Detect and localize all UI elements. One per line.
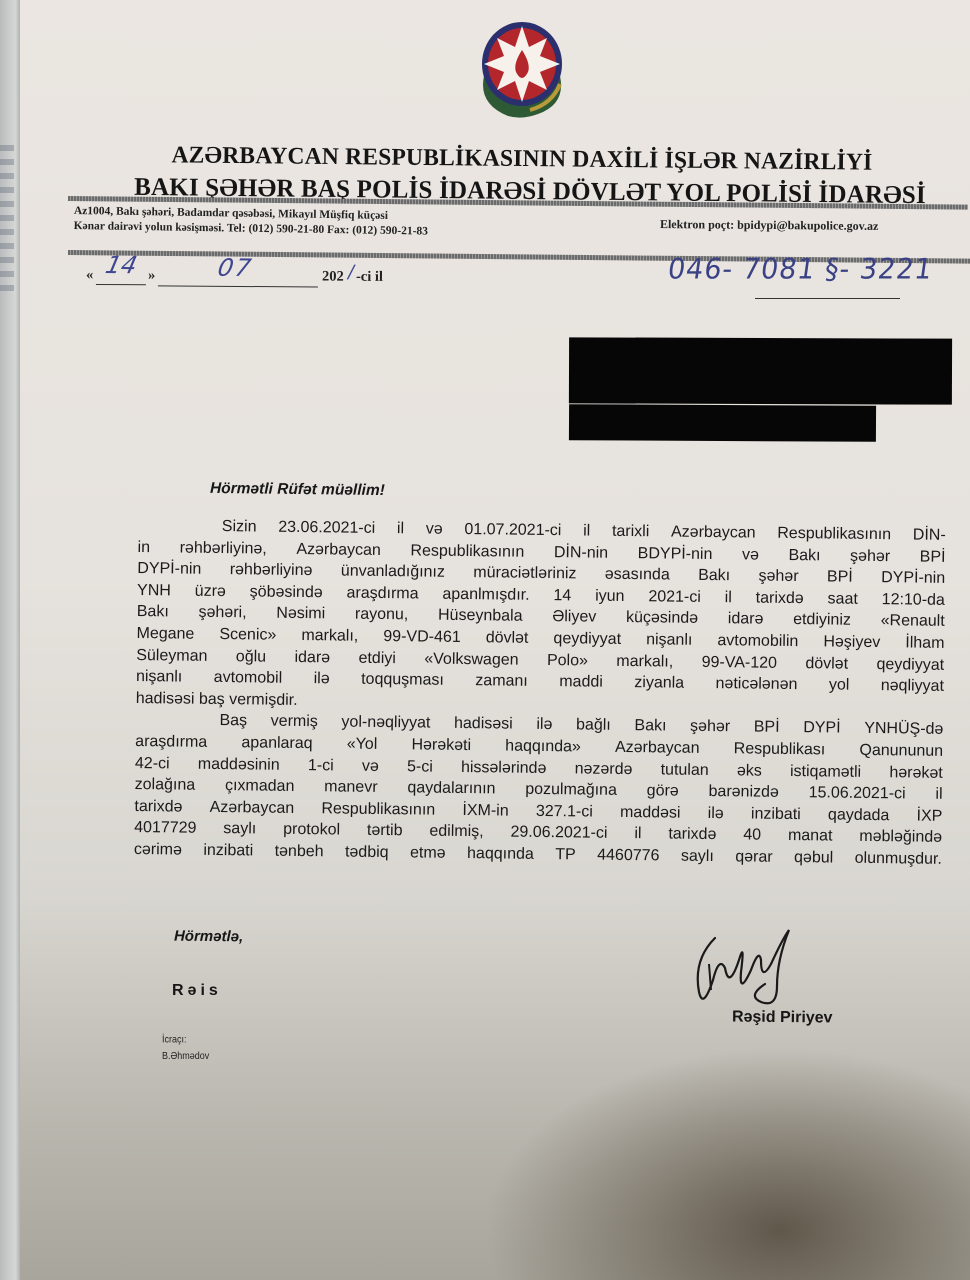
body-word: il <box>583 520 590 542</box>
body-word: BDYPİ-nin <box>638 543 713 566</box>
body-word: İXM-in <box>462 800 508 822</box>
body-word: 5-ci <box>407 756 433 778</box>
body-word: edilmiş, <box>429 821 483 843</box>
body-word: manat <box>788 825 833 847</box>
handwritten-day: 14 <box>103 251 140 279</box>
redacted-recipient-block-2 <box>569 404 876 442</box>
body-word: BPİ <box>754 717 780 739</box>
adjacent-page-text-marks <box>0 145 14 295</box>
body-word: Bakı <box>698 565 730 587</box>
body-word: nəticələnən <box>715 673 797 696</box>
body-word: tədbiq <box>345 841 389 863</box>
letter-page: AZƏRBAYCAN RESPUBLİKASININ DAXİLİ İŞLƏR … <box>20 0 970 1280</box>
body-word: maddəsinin <box>198 753 280 776</box>
body-word: DİN-nin <box>554 542 608 564</box>
body-word: əsasında <box>605 564 670 586</box>
body-word: 01.07.2021-ci <box>464 519 561 542</box>
body-word: qeydiyyat <box>553 628 621 650</box>
body-word: əks <box>737 760 762 782</box>
body-word: DYPİ-nin <box>881 567 945 589</box>
body-word: ilə <box>314 668 330 690</box>
signatory-title: Rəis <box>172 982 222 1000</box>
body-word: olunmuşdur. <box>855 848 942 871</box>
body-word: «Renault <box>881 610 945 632</box>
body-word: YNH <box>137 580 171 602</box>
body-word: Bakı <box>634 715 666 737</box>
body-word: Megane <box>136 623 194 645</box>
body-word: Hüseynbala <box>438 605 523 628</box>
body-word: BPİ <box>827 567 853 589</box>
date-field: « 14 » 07 202 / -ci il <box>86 257 406 291</box>
body-word: qeydiyyat <box>876 654 944 676</box>
body-word: müraciətləriniz <box>473 562 576 585</box>
body-word: 40 <box>743 825 761 847</box>
body-word: manevr <box>324 776 378 798</box>
body-word: apanlmışdır. <box>442 584 529 607</box>
body-word: ünvanladığınız <box>341 561 445 584</box>
body-word: iyun <box>595 585 625 607</box>
body-word: 15.06.2021-ci <box>809 782 906 805</box>
address-block: Az1004, Bakı şəhəri, Badamdar qəsəbəsi, … <box>74 204 429 240</box>
body-word: avtomobilin <box>717 630 798 653</box>
body-word: DİN- <box>913 524 946 546</box>
body-word: qaydalarının <box>407 777 495 800</box>
body-word: məbləğində <box>859 826 942 849</box>
body-word: rayonu, <box>355 604 409 626</box>
body-word: maddəsi <box>620 802 681 824</box>
body-word: Sizin <box>222 516 257 538</box>
body-word: cərimə <box>134 839 182 861</box>
body-word: vermiş <box>271 711 318 733</box>
body-word: və <box>426 519 443 541</box>
body-line-text: hadisəsi baş vermişdir. <box>136 688 298 712</box>
body-word: Bakı <box>788 545 820 567</box>
body-word: yol-nəqliyyat <box>341 712 430 735</box>
body-word: 42-ci <box>135 753 170 775</box>
body-word: şəhər <box>758 566 798 588</box>
body-word: YNHÜŞ-də <box>864 718 943 741</box>
handwritten-year-digit: / <box>348 262 354 283</box>
handwritten-month: 07 <box>215 254 255 282</box>
body-word: 99-VD-461 <box>383 626 461 649</box>
body-word: rəhbərliyinə, <box>180 537 267 560</box>
body-word: İlham <box>905 632 944 654</box>
year-suffix: -ci il <box>356 269 383 286</box>
handwritten-reference-number: 046- 7081 §- 3221 <box>666 253 935 286</box>
body-word: maddi <box>559 671 603 693</box>
body-word: 99-VA-120 <box>702 651 778 674</box>
body-word: il <box>397 518 404 540</box>
body-word: zolağına <box>135 774 196 796</box>
executor-block: İcraçı: B.Əhmədov <box>162 1032 209 1065</box>
body-word: pozulmağına <box>525 779 617 802</box>
body-word: Baş <box>219 710 247 732</box>
body-word: tarixdə <box>756 587 804 609</box>
body-word: 23.06.2021-ci <box>278 517 375 540</box>
body-word: tarixli <box>612 521 650 543</box>
body-word: haqqında <box>467 843 534 865</box>
body-word: şəhər <box>850 545 890 567</box>
body-word: Respublikasının <box>777 523 891 546</box>
body-word: TP <box>555 844 576 866</box>
body-word: tarixdə <box>668 824 716 846</box>
body-word: etmə <box>410 842 446 864</box>
body-word: hadisəsi <box>454 713 513 735</box>
body-word: il <box>935 784 942 806</box>
body-word: 4460776 <box>597 845 660 867</box>
body-word: DYPİ-nin <box>137 558 201 580</box>
body-word: nəzərdə <box>574 758 632 780</box>
executor-label: İcraçı: <box>162 1032 209 1049</box>
body-word: markalı, <box>301 625 358 647</box>
body-word: Süleyman <box>136 645 207 667</box>
body-word: il <box>725 587 732 609</box>
body-word: qaydada <box>828 804 890 826</box>
body-word: markalı, <box>616 650 673 672</box>
body-word: dövlət <box>805 653 848 675</box>
body-word: Nəsimi <box>276 603 325 625</box>
body-word: ilə <box>708 803 724 825</box>
body-word: in <box>137 537 150 559</box>
body-word: apanlaraq <box>241 732 312 754</box>
body-word: saylı <box>681 846 714 868</box>
body-word: avtomobil <box>214 667 283 689</box>
body-word: qərar <box>735 846 773 868</box>
body-word: yol <box>829 675 850 697</box>
body-word: nişanlı <box>136 666 183 688</box>
handwritten-signature-icon <box>685 920 815 1015</box>
body-word: tənbeh <box>275 841 324 863</box>
body-word: Bakı <box>137 601 169 623</box>
body-word: nəqliyyat <box>881 675 944 697</box>
body-word: etdiyi <box>358 647 396 669</box>
body-word: hərəkət <box>889 762 943 784</box>
body-word: protokol <box>283 819 340 841</box>
body-word: araşdırma <box>346 582 418 604</box>
body-word: ziyanla <box>634 672 684 694</box>
body-word: 29.06.2021-ci <box>510 822 607 845</box>
body-word: rəhbərliyinə <box>230 559 313 582</box>
body-word: Respublikası <box>734 738 826 761</box>
letter-body: Sizin23.06.2021-ciilvə01.07.2021-ciiltar… <box>134 515 946 870</box>
executor-name: B.Əhmədov <box>162 1048 209 1065</box>
body-word: 327.1-ci <box>536 801 593 823</box>
body-word: görə <box>647 780 679 802</box>
body-word: Hərəkəti <box>411 734 471 756</box>
body-word: tutulan <box>661 759 709 781</box>
salutation: Hörmətli Rüfət müəllim! <box>210 480 385 500</box>
body-word: Scenic» <box>219 624 276 646</box>
body-word: dövlət <box>486 627 529 649</box>
body-word: Əliyev <box>552 606 596 628</box>
body-word: BPİ <box>920 546 946 568</box>
closing: Hörmətlə, <box>174 928 243 946</box>
body-word: idarə <box>294 646 330 668</box>
body-word: çıxmadan <box>225 775 295 797</box>
body-word: 4017729 <box>134 817 197 839</box>
body-word: oğlu <box>236 646 267 668</box>
body-word: DYPİ <box>803 717 841 739</box>
body-word: inzibati <box>203 840 253 862</box>
body-word: qəbul <box>794 847 833 869</box>
body-word: 2021-ci <box>648 586 701 608</box>
day-underline <box>96 284 146 285</box>
body-word: saylı <box>223 818 256 840</box>
adjacent-page-edge <box>0 0 22 1280</box>
body-word: zamanı <box>475 670 528 692</box>
body-word: il <box>634 823 641 845</box>
body-word: bağlı <box>576 715 611 737</box>
date-open-quote: « <box>86 267 93 284</box>
body-word: haqqında» <box>505 735 581 758</box>
email-address: Elektron poçt: bpidypi@bakupolice.gov.az <box>660 217 878 234</box>
body-word: «Volkswagen <box>424 648 519 671</box>
body-word: Polo» <box>547 650 588 672</box>
body-word: Qanununun <box>859 740 943 763</box>
body-word: araşdırma <box>135 731 207 753</box>
body-word: inzibati <box>751 803 801 825</box>
body-word: 12:10-da <box>882 589 945 611</box>
body-word: və <box>742 544 759 566</box>
month-underline <box>158 285 318 287</box>
redacted-recipient-block-1 <box>569 337 952 404</box>
body-word: tarixdə <box>134 796 182 818</box>
body-word: «Yol <box>347 734 378 756</box>
body-word: Azərbaycan <box>210 797 295 820</box>
azerbaijan-state-emblem-icon <box>468 14 576 120</box>
body-word: Azərbaycan <box>671 522 756 545</box>
body-word: ilə <box>536 714 552 736</box>
body-word: idarə <box>728 609 764 631</box>
reference-underline <box>755 298 900 299</box>
body-word: İXP <box>916 805 942 827</box>
signatory-name: Rəşid Piriyev <box>732 1008 833 1027</box>
body-word: hissələrində <box>461 756 547 779</box>
body-word: Həşiyev <box>823 631 880 653</box>
body-word: üzrə <box>195 580 226 602</box>
year-prefix: 202 <box>322 269 344 286</box>
body-word: Respublikasının <box>410 540 524 563</box>
body-word: Respublikasının <box>321 798 435 821</box>
body-word: 1-ci <box>308 755 334 777</box>
date-close-quote: » <box>148 267 155 284</box>
body-word: etdiyiniz <box>793 609 851 631</box>
body-word: şəhəri, <box>198 602 246 624</box>
body-word: saat <box>827 588 858 610</box>
body-word: nişanlı <box>646 629 693 651</box>
body-word: Azərbaycan <box>296 539 381 562</box>
body-word: barənizdə <box>708 781 779 803</box>
body-word: şəhər <box>690 716 730 738</box>
body-word: tərtib <box>367 820 403 842</box>
body-word: və <box>362 755 379 777</box>
body-word: 14 <box>553 585 571 607</box>
body-word: şöbəsində <box>250 581 323 603</box>
body-word: toqquşması <box>361 669 444 692</box>
body-word: istiqamətli <box>790 761 861 783</box>
body-word: Azərbaycan <box>615 737 700 760</box>
body-word: küçəsində <box>626 607 698 629</box>
